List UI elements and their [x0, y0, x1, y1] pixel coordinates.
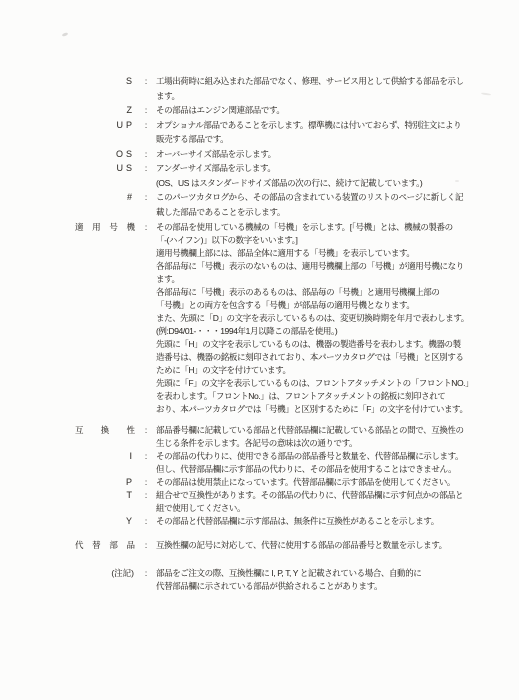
text-row: 販売する部品です。	[0, 132, 519, 147]
text-row: #:このパーツカタログから、その部品の含まれている装置のリストのページに新しく記	[0, 190, 519, 205]
section-text-line: 「号機」との両方を包含する「号機」が部品毎の適用号機となります。	[156, 299, 519, 312]
legend-symbol-cell: OS	[0, 147, 136, 162]
text-row: 但し、代替部品欄に示す部品の代わりに、その部品を使用することはできません。	[0, 463, 519, 476]
section-label: 互換性	[75, 424, 135, 437]
subitem-text-line: その部品と代替部品欄に示す部品は、無条件に互換性があることを示します。	[156, 515, 519, 528]
text-row: (例:D94/01-・・・1994年1月以降この部品を使用。)	[0, 325, 519, 338]
subitem-symbol: Y	[126, 516, 136, 526]
subitem-symbol-cell: I	[0, 450, 136, 463]
text-row: OS:オーバーサイズ部品を示します。	[0, 147, 519, 162]
text-row: S:工場出荷時に組み込まれた部品でなく、修理、サービス用として供給する部品を示し	[0, 74, 519, 89]
legend-text-line: アンダーサイズ部品を示します。	[156, 161, 519, 176]
legend-text-line: 販売する部品です。	[156, 132, 519, 147]
section-label: 適用号機	[75, 221, 135, 234]
legend-symbol-cell: S	[0, 74, 136, 89]
section-text-line: 生じる条件を示します。各記号の意味は次の通りです。	[156, 437, 519, 450]
legend-symbol: S	[126, 76, 136, 86]
text-row: また、先頭に「D」の文字を表示しているものは、変更切換時期を年月で表わします。	[0, 312, 519, 325]
legend-symbol-cell: UP	[0, 118, 136, 133]
separator-colon: :	[136, 74, 156, 89]
separator-colon: :	[136, 476, 156, 489]
text-row: I:その部品の代わりに、使用できる部品の部品番号と数量を、代替部品欄に示します。	[0, 450, 519, 463]
section-label-char: 性	[126, 424, 135, 437]
legend-text-line: その部品はエンジン関連部品です。	[156, 103, 519, 118]
section-text-line: ために「H」の文字を付けています。	[156, 364, 519, 377]
text-row: T:組合せで互換性があります。その部品の代わりに、代替部品欄に示す何点かの部品と	[0, 489, 519, 502]
separator-colon: :	[136, 147, 156, 162]
legend-symbol-cell: US	[0, 161, 136, 176]
subitem-symbol: T	[127, 490, 137, 500]
section-text-line: 造番号は、機器の銘板に刻印されており、本パーツカタログでは「号機」と区別する	[156, 351, 519, 364]
legend-text-line: (OS、US はスタンダードサイズ部品の次の行に、続けて記載しています。)	[156, 176, 519, 191]
separator-colon: :	[136, 489, 156, 502]
section-text-line: 先頭に「H」の文字を表示しているものは、機器の製造番号を表わします。機器の製	[156, 338, 519, 351]
legend-symbol: UP	[116, 120, 136, 130]
text-row: 造番号は、機器の銘板に刻印されており、本パーツカタログでは「号機」と区別する	[0, 351, 519, 364]
section-label-char: 部	[109, 539, 118, 552]
section-text-line: 部品をご注文の際、互換性欄に I, P, T, Y と記載されている場合、自動的…	[156, 567, 519, 580]
section-label-char: 替	[92, 539, 101, 552]
separator-colon: :	[136, 567, 156, 580]
subitem-symbol-cell: P	[0, 476, 136, 489]
text-row: 代替部品:互換性欄の記号に対応して、代替に使用する部品の部品番号と数量を示します…	[0, 539, 519, 552]
section-label: (注記)	[111, 568, 136, 578]
legend-symbol: OS	[116, 149, 136, 159]
legend-text-line: ます。	[156, 89, 519, 104]
separator-colon: :	[136, 103, 156, 118]
section: 適用号機:その部品を使用している機械の「号機」を示します。[「号機」とは、機械の…	[0, 221, 519, 416]
separator-colon: :	[136, 118, 156, 133]
section-text-line: 適用号機欄上部には、部品全体に適用する「号機」を表示しています。	[156, 247, 519, 260]
section-text-line: また、先頭に「D」の文字を表示しているものは、変更切換時期を年月で表わします。	[156, 312, 519, 325]
section-text-line: 各部品毎に「号機」表示のあるものは、部品毎の「号機」と適用号機欄上部の	[156, 286, 519, 299]
text-row: を表わします。「フロントNo.」は、フロントアタッチメントの銘板に刻印されて	[0, 390, 519, 403]
section: 互換性:部品番号欄に記載している部品と代替部品欄に記載している部品との間で、互換…	[0, 424, 519, 528]
sections-container: 適用号機:その部品を使用している機械の「号機」を示します。[「号機」とは、機械の…	[0, 221, 519, 593]
separator-colon: :	[136, 450, 156, 463]
text-row: ために「H」の文字を付けています。	[0, 364, 519, 377]
text-row: Y:その部品と代替部品欄に示す部品は、無条件に互換性があることを示します。	[0, 515, 519, 528]
text-row: 生じる条件を示します。各記号の意味は次の通りです。	[0, 437, 519, 450]
text-row: Z:その部品はエンジン関連部品です。	[0, 103, 519, 118]
subitem-text-line: 組で使用してください。	[156, 502, 519, 515]
separator-colon: :	[136, 221, 156, 234]
text-row: P:その部品は使用禁止になっています。代替部品欄に示す部品を使用してください。	[0, 476, 519, 489]
text-row: (注記):部品をご注文の際、互換性欄に I, P, T, Y と記載されている場…	[0, 567, 519, 580]
legend-symbol: #	[127, 192, 136, 202]
text-row: おり、本パーツカタログでは「号機」と区別するために「F」の文字を付けています。	[0, 403, 519, 416]
legend-symbol-cell: #	[0, 190, 136, 205]
section-label-char: 品	[126, 539, 135, 552]
separator-colon: :	[136, 161, 156, 176]
subitem-text-line: その部品の代わりに、使用できる部品の部品番号と数量を、代替部品欄に示します。	[156, 450, 519, 463]
text-row: ます。	[0, 89, 519, 104]
section-label-char: 互	[75, 424, 84, 437]
section-text-line: 代替部品欄に示されている部品が供給されることがあります。	[156, 580, 519, 593]
separator-colon: :	[136, 539, 156, 552]
separator-colon: :	[136, 190, 156, 205]
section-text-line: 互換性欄の記号に対応して、代替に使用する部品の部品番号と数量を示します。	[156, 539, 519, 552]
section-text-line: その部品を使用している機械の「号機」を示します。[「号機」とは、機械の製番の	[156, 221, 519, 234]
section-text-line: を表わします。「フロントNo.」は、フロントアタッチメントの銘板に刻印されて	[156, 390, 519, 403]
section-label-cell: 互換性	[0, 424, 136, 437]
section-label: 代替部品	[75, 539, 135, 552]
section-label-char: 機	[126, 221, 135, 234]
text-row: 代替部品欄に示されている部品が供給されることがあります。	[0, 580, 519, 593]
separator-colon: :	[136, 515, 156, 528]
section: (注記):部品をご注文の際、互換性欄に I, P, T, Y と記載されている場…	[0, 567, 519, 593]
section-label-char: 換	[101, 424, 110, 437]
text-row: 先頭に「H」の文字を表示しているものは、機器の製造番号を表わします。機器の製	[0, 338, 519, 351]
text-row: US:アンダーサイズ部品を示します。	[0, 161, 519, 176]
subitem-text-line: 但し、代替部品欄に示す部品の代わりに、その部品を使用することはできません。	[156, 463, 519, 476]
text-row: 各部品毎に「号機」表示のあるものは、部品毎の「号機」と適用号機欄上部の	[0, 286, 519, 299]
section-text-line: 各部品毎に「号機」表示のないものは、適用号機欄上部の「号機」が適用号機になり	[156, 260, 519, 273]
text-row: ます。	[0, 273, 519, 286]
section-label-cell: (注記)	[0, 567, 136, 580]
legend-text-line: 工場出荷時に組み込まれた部品でなく、修理、サービス用として供給する部品を示し	[156, 74, 519, 89]
section-label-cell: 適用号機	[0, 221, 136, 234]
legend-text-line: このパーツカタログから、その部品の含まれている装置のリストのページに新しく記	[156, 190, 519, 205]
legend-text-line: オプショナル部品であることを示します。標準機には付いておらず、特別注文により	[156, 118, 519, 133]
section-text-line: 部品番号欄に記載している部品と代替部品欄に記載している部品との間で、互換性の	[156, 424, 519, 437]
section: 代替部品:互換性欄の記号に対応して、代替に使用する部品の部品番号と数量を示します…	[0, 539, 519, 552]
section-label-char: 号	[109, 221, 118, 234]
text-row: 適用号機欄上部には、部品全体に適用する「号機」を表示しています。	[0, 247, 519, 260]
section-text-line: 先頭に「F」の文字を表示しているものは、フロントアタッチメントの「フロントNO.…	[156, 377, 519, 390]
section-text-line: ます。	[156, 273, 519, 286]
text-row: 各部品毎に「号機」表示のないものは、適用号機欄上部の「号機」が適用号機になり	[0, 260, 519, 273]
text-row: 組で使用してください。	[0, 502, 519, 515]
legend-text-line: 載した部品であることを示します。	[156, 205, 519, 220]
section-label-char: 適	[75, 221, 84, 234]
text-row: 「号機」との両方を包含する「号機」が部品毎の適用号機となります。	[0, 299, 519, 312]
section-label-char: 代	[75, 539, 84, 552]
section-text-line: (例:D94/01-・・・1994年1月以降この部品を使用。)	[156, 325, 519, 338]
subitem-symbol-cell: T	[0, 489, 136, 502]
text-row: 互換性:部品番号欄に記載している部品と代替部品欄に記載している部品との間で、互換…	[0, 424, 519, 437]
subitem-text-line: その部品は使用禁止になっています。代替部品欄に示す部品を使用してください。	[156, 476, 519, 489]
legend-symbol: Z	[127, 105, 137, 115]
subitem-text-line: 組合せで互換性があります。その部品の代わりに、代替部品欄に示す何点かの部品と	[156, 489, 519, 502]
legend-text-line: オーバーサイズ部品を示します。	[156, 147, 519, 162]
legend-symbol: US	[116, 163, 136, 173]
section-text-line: 「-(ハイフン)」以下の数字をいいます。]	[156, 234, 519, 247]
section-label-char: 用	[92, 221, 101, 234]
subitem-symbol: P	[126, 477, 136, 487]
subitem-symbol-cell: Y	[0, 515, 136, 528]
document-page: S:工場出荷時に組み込まれた部品でなく、修理、サービス用として供給する部品を示し…	[0, 0, 519, 700]
text-row: UP:オプショナル部品であることを示します。標準機には付いておらず、特別注文によ…	[0, 118, 519, 133]
text-row: 載した部品であることを示します。	[0, 205, 519, 220]
separator-colon: :	[136, 424, 156, 437]
text-row: 適用号機:その部品を使用している機械の「号機」を示します。[「号機」とは、機械の…	[0, 221, 519, 234]
text-row: (OS、US はスタンダードサイズ部品の次の行に、続けて記載しています。)	[0, 176, 519, 191]
text-row: 先頭に「F」の文字を表示しているものは、フロントアタッチメントの「フロントNO.…	[0, 377, 519, 390]
symbol-legend: S:工場出荷時に組み込まれた部品でなく、修理、サービス用として供給する部品を示し…	[0, 0, 519, 219]
section-text-line: おり、本パーツカタログでは「号機」と区別するために「F」の文字を付けています。	[156, 403, 519, 416]
legend-symbol-cell: Z	[0, 103, 136, 118]
text-row: 「-(ハイフン)」以下の数字をいいます。]	[0, 234, 519, 247]
section-label-cell: 代替部品	[0, 539, 136, 552]
